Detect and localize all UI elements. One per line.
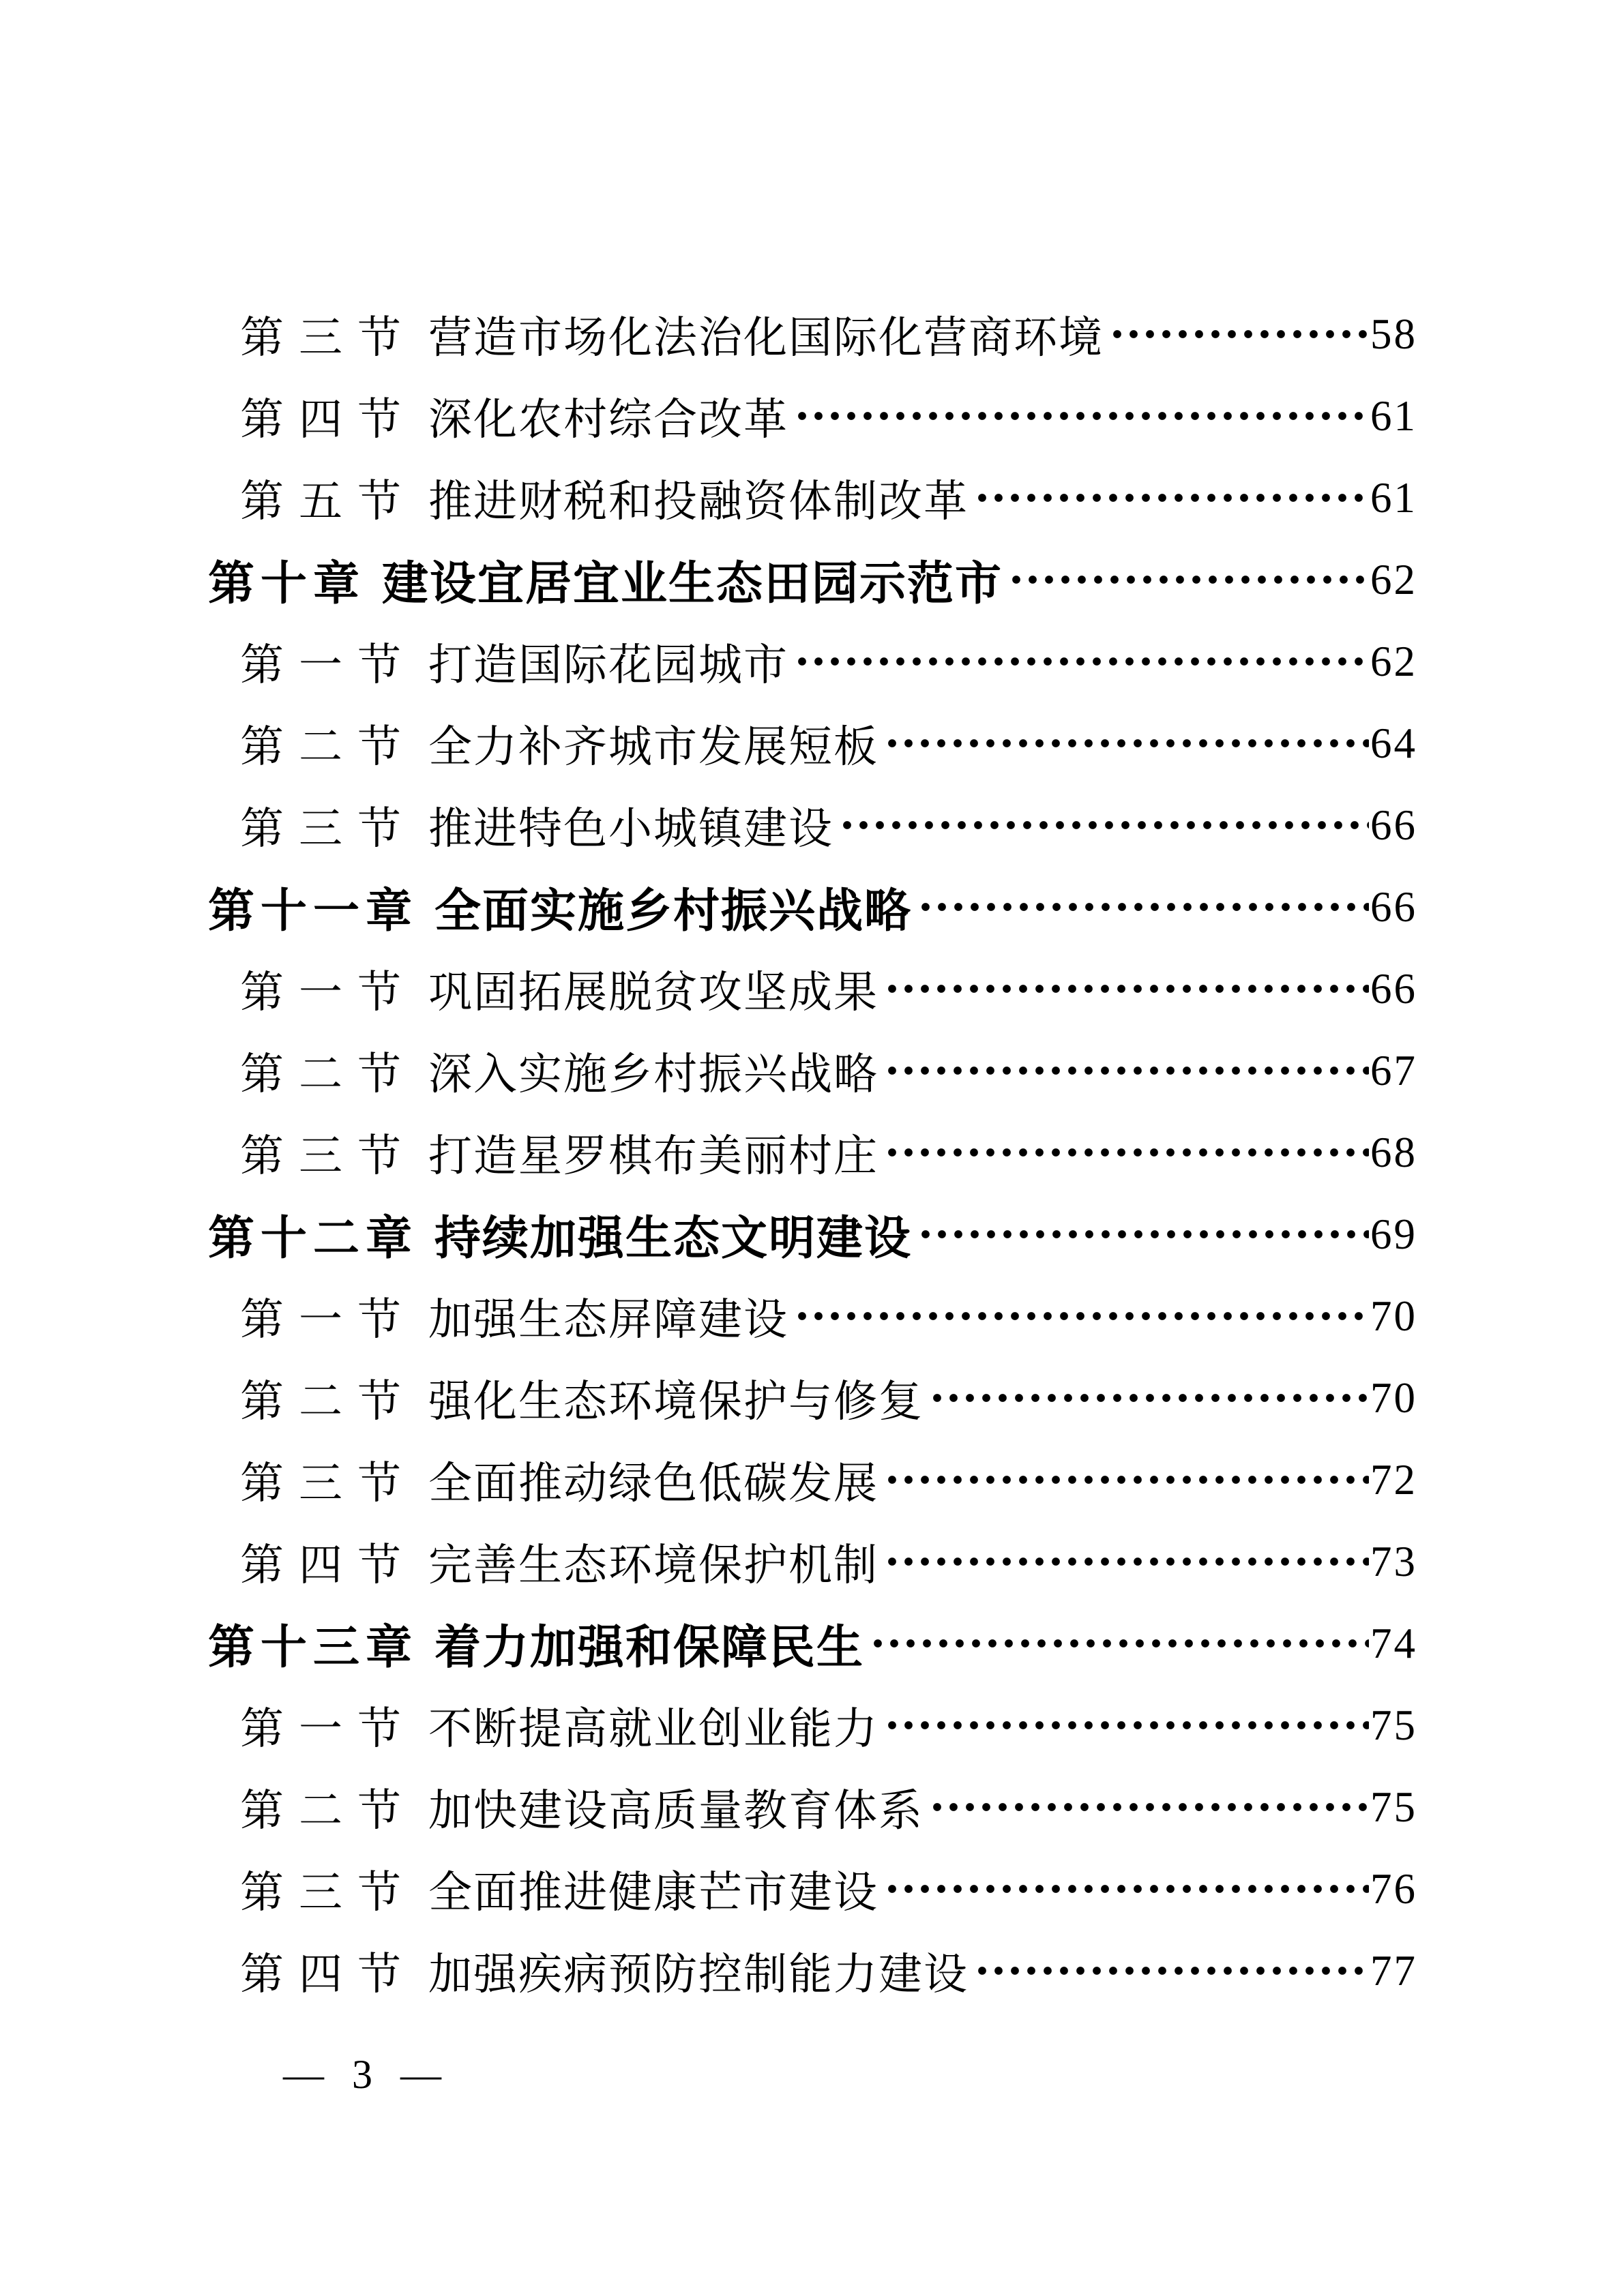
entry-page-number: 66: [1370, 801, 1417, 850]
entry-title: 全面实施乡村振兴战略: [434, 874, 912, 940]
entry-title: 不断提高就业创业能力: [428, 1694, 879, 1757]
toc-entry-section: 第四节 加强疾病预防控制能力建设 77: [208, 1930, 1417, 2012]
entry-page-number: 64: [1370, 719, 1417, 769]
footer-page-number: — 3 —: [283, 2052, 443, 2097]
entry-number-label: 第三节: [240, 1448, 416, 1511]
entry-number-label: 第十一章: [208, 874, 418, 940]
entry-number-label: 第一节: [240, 957, 416, 1020]
toc-entry-section: 第三节 全面推进健康芒市建设 76: [208, 1848, 1417, 1930]
toc-entry-section: 第三节 全面推动绿色低碳发展 72: [208, 1439, 1417, 1521]
dot-leader: [884, 1112, 1369, 1193]
dot-leader: [929, 1357, 1369, 1439]
entry-number-label: 第十三章: [208, 1611, 418, 1677]
entry-number-label: 第二节: [240, 1039, 416, 1102]
entry-title: 加快建设高质量教育体系: [428, 1776, 924, 1838]
toc-entry-chapter: 第十三章 着力加强和保障民生 74: [208, 1602, 1417, 1684]
entry-page-number: 70: [1370, 1373, 1417, 1423]
entry-page-number: 61: [1370, 391, 1417, 441]
toc-entry-section: 第三节 打造星罗棋布美丽村庄 68: [208, 1112, 1417, 1193]
entry-page-number: 72: [1370, 1455, 1417, 1505]
entry-page-number: 68: [1370, 1128, 1417, 1178]
entry-title: 打造星罗棋布美丽村庄: [428, 1121, 879, 1184]
entry-number-label: 第十章: [208, 547, 366, 613]
toc-entry-section: 第一节 打造国际花园城市 62: [208, 621, 1417, 702]
toc-entry-section: 第四节 深化农村综合改革 61: [208, 375, 1417, 457]
dot-leader: [884, 1848, 1369, 1930]
entry-title: 推进特色小城镇建设: [428, 794, 833, 856]
entry-title: 完善生态环境保护机制: [428, 1530, 879, 1593]
entry-title: 加强疾病预防控制能力建设: [428, 1939, 969, 2002]
entry-title: 全面推进健康芒市建设: [428, 1858, 879, 1920]
toc-entry-section: 第二节 深入实施乡村振兴战略 67: [208, 1030, 1417, 1112]
document-page: 第三节 营造市场化法治化国际化营商环境 58 第四节 深化农村综合改革 61 第…: [0, 0, 1624, 2296]
entry-title: 深化农村综合改革: [428, 385, 788, 447]
dot-leader: [974, 1930, 1369, 2012]
entry-title: 巩固拓展脱贫攻坚成果: [428, 957, 879, 1020]
entry-number-label: 第二节: [240, 712, 416, 775]
entry-title: 推进财税和投融资体制改革: [428, 466, 969, 529]
entry-number-label: 第三节: [240, 303, 416, 366]
dot-leader: [884, 1684, 1369, 1766]
entry-title: 建设宜居宜业生态田园示范市: [382, 547, 1003, 613]
table-of-contents: 第三节 营造市场化法治化国际化营商环境 58 第四节 深化农村综合改革 61 第…: [208, 293, 1417, 2012]
toc-entry-section: 第四节 完善生态环境保护机制 73: [208, 1521, 1417, 1602]
entry-number-label: 第二节: [240, 1776, 416, 1838]
toc-entry-chapter: 第十二章 持续加强生态文明建设 69: [208, 1193, 1417, 1275]
entry-number-label: 第一节: [240, 630, 416, 693]
entry-page-number: 75: [1370, 1701, 1417, 1750]
toc-entry-chapter: 第十章 建设宜居宜业生态田园示范市 62: [208, 539, 1417, 621]
entry-number-label: 第五节: [240, 466, 416, 529]
toc-entry-section: 第五节 推进财税和投融资体制改革 61: [208, 457, 1417, 539]
entry-page-number: 74: [1370, 1619, 1417, 1669]
dot-leader: [794, 375, 1369, 457]
entry-page-number: 66: [1370, 964, 1417, 1014]
dot-leader: [974, 457, 1369, 539]
entry-title: 深入实施乡村振兴战略: [428, 1039, 879, 1102]
dot-leader: [1109, 293, 1369, 375]
entry-number-label: 第二节: [240, 1367, 416, 1429]
entry-title: 全面推动绿色低碳发展: [428, 1448, 879, 1511]
entry-title: 加强生态屏障建设: [428, 1285, 788, 1347]
toc-entry-section: 第二节 强化生态环境保护与修复 70: [208, 1357, 1417, 1439]
entry-page-number: 61: [1370, 473, 1417, 523]
entry-number-label: 第四节: [240, 1530, 416, 1593]
toc-entry-section: 第一节 加强生态屏障建设 70: [208, 1275, 1417, 1357]
toc-entry-section: 第二节 加快建设高质量教育体系 75: [208, 1766, 1417, 1848]
dot-leader: [884, 948, 1369, 1030]
page-footer: — 3 —: [283, 2051, 443, 2098]
entry-page-number: 75: [1370, 1783, 1417, 1832]
toc-entry-section: 第一节 巩固拓展脱贫攻坚成果 66: [208, 948, 1417, 1030]
entry-page-number: 73: [1370, 1537, 1417, 1587]
entry-number-label: 第三节: [240, 1121, 416, 1184]
dot-leader: [917, 866, 1369, 948]
entry-title: 持续加强生态文明建设: [434, 1202, 912, 1268]
entry-page-number: 58: [1370, 310, 1417, 359]
entry-number-label: 第一节: [240, 1694, 416, 1757]
dot-leader: [884, 1439, 1369, 1521]
dot-leader: [839, 784, 1369, 866]
toc-entry-section: 第三节 推进特色小城镇建设 66: [208, 784, 1417, 866]
entry-page-number: 66: [1370, 882, 1417, 932]
entry-page-number: 62: [1370, 637, 1417, 687]
entry-page-number: 77: [1370, 1946, 1417, 1996]
entry-page-number: 62: [1370, 555, 1417, 605]
dot-leader: [917, 1193, 1369, 1275]
dot-leader: [794, 621, 1369, 702]
entry-title: 着力加强和保障民生: [434, 1611, 864, 1677]
entry-title: 营造市场化法治化国际化营商环境: [428, 303, 1104, 366]
dot-leader: [884, 702, 1369, 784]
entry-number-label: 第一节: [240, 1285, 416, 1347]
dot-leader: [1008, 539, 1369, 621]
dot-leader: [870, 1602, 1369, 1684]
entry-number-label: 第四节: [240, 1939, 416, 2002]
toc-entry-chapter: 第十一章 全面实施乡村振兴战略 66: [208, 866, 1417, 948]
toc-entry-section: 第二节 全力补齐城市发展短板 64: [208, 702, 1417, 784]
entry-page-number: 69: [1370, 1210, 1417, 1259]
entry-number-label: 第四节: [240, 385, 416, 447]
dot-leader: [794, 1275, 1369, 1357]
entry-page-number: 70: [1370, 1292, 1417, 1341]
entry-number-label: 第十二章: [208, 1202, 418, 1268]
dot-leader: [929, 1766, 1369, 1848]
toc-entry-section: 第一节 不断提高就业创业能力 75: [208, 1684, 1417, 1766]
entry-title: 打造国际花园城市: [428, 630, 788, 693]
toc-entry-section: 第三节 营造市场化法治化国际化营商环境 58: [208, 293, 1417, 375]
entry-title: 强化生态环境保护与修复: [428, 1367, 924, 1429]
entry-title: 全力补齐城市发展短板: [428, 712, 879, 775]
dot-leader: [884, 1521, 1369, 1602]
dot-leader: [884, 1030, 1369, 1112]
entry-page-number: 67: [1370, 1046, 1417, 1096]
entry-number-label: 第三节: [240, 1858, 416, 1920]
entry-number-label: 第三节: [240, 794, 416, 856]
entry-page-number: 76: [1370, 1864, 1417, 1914]
